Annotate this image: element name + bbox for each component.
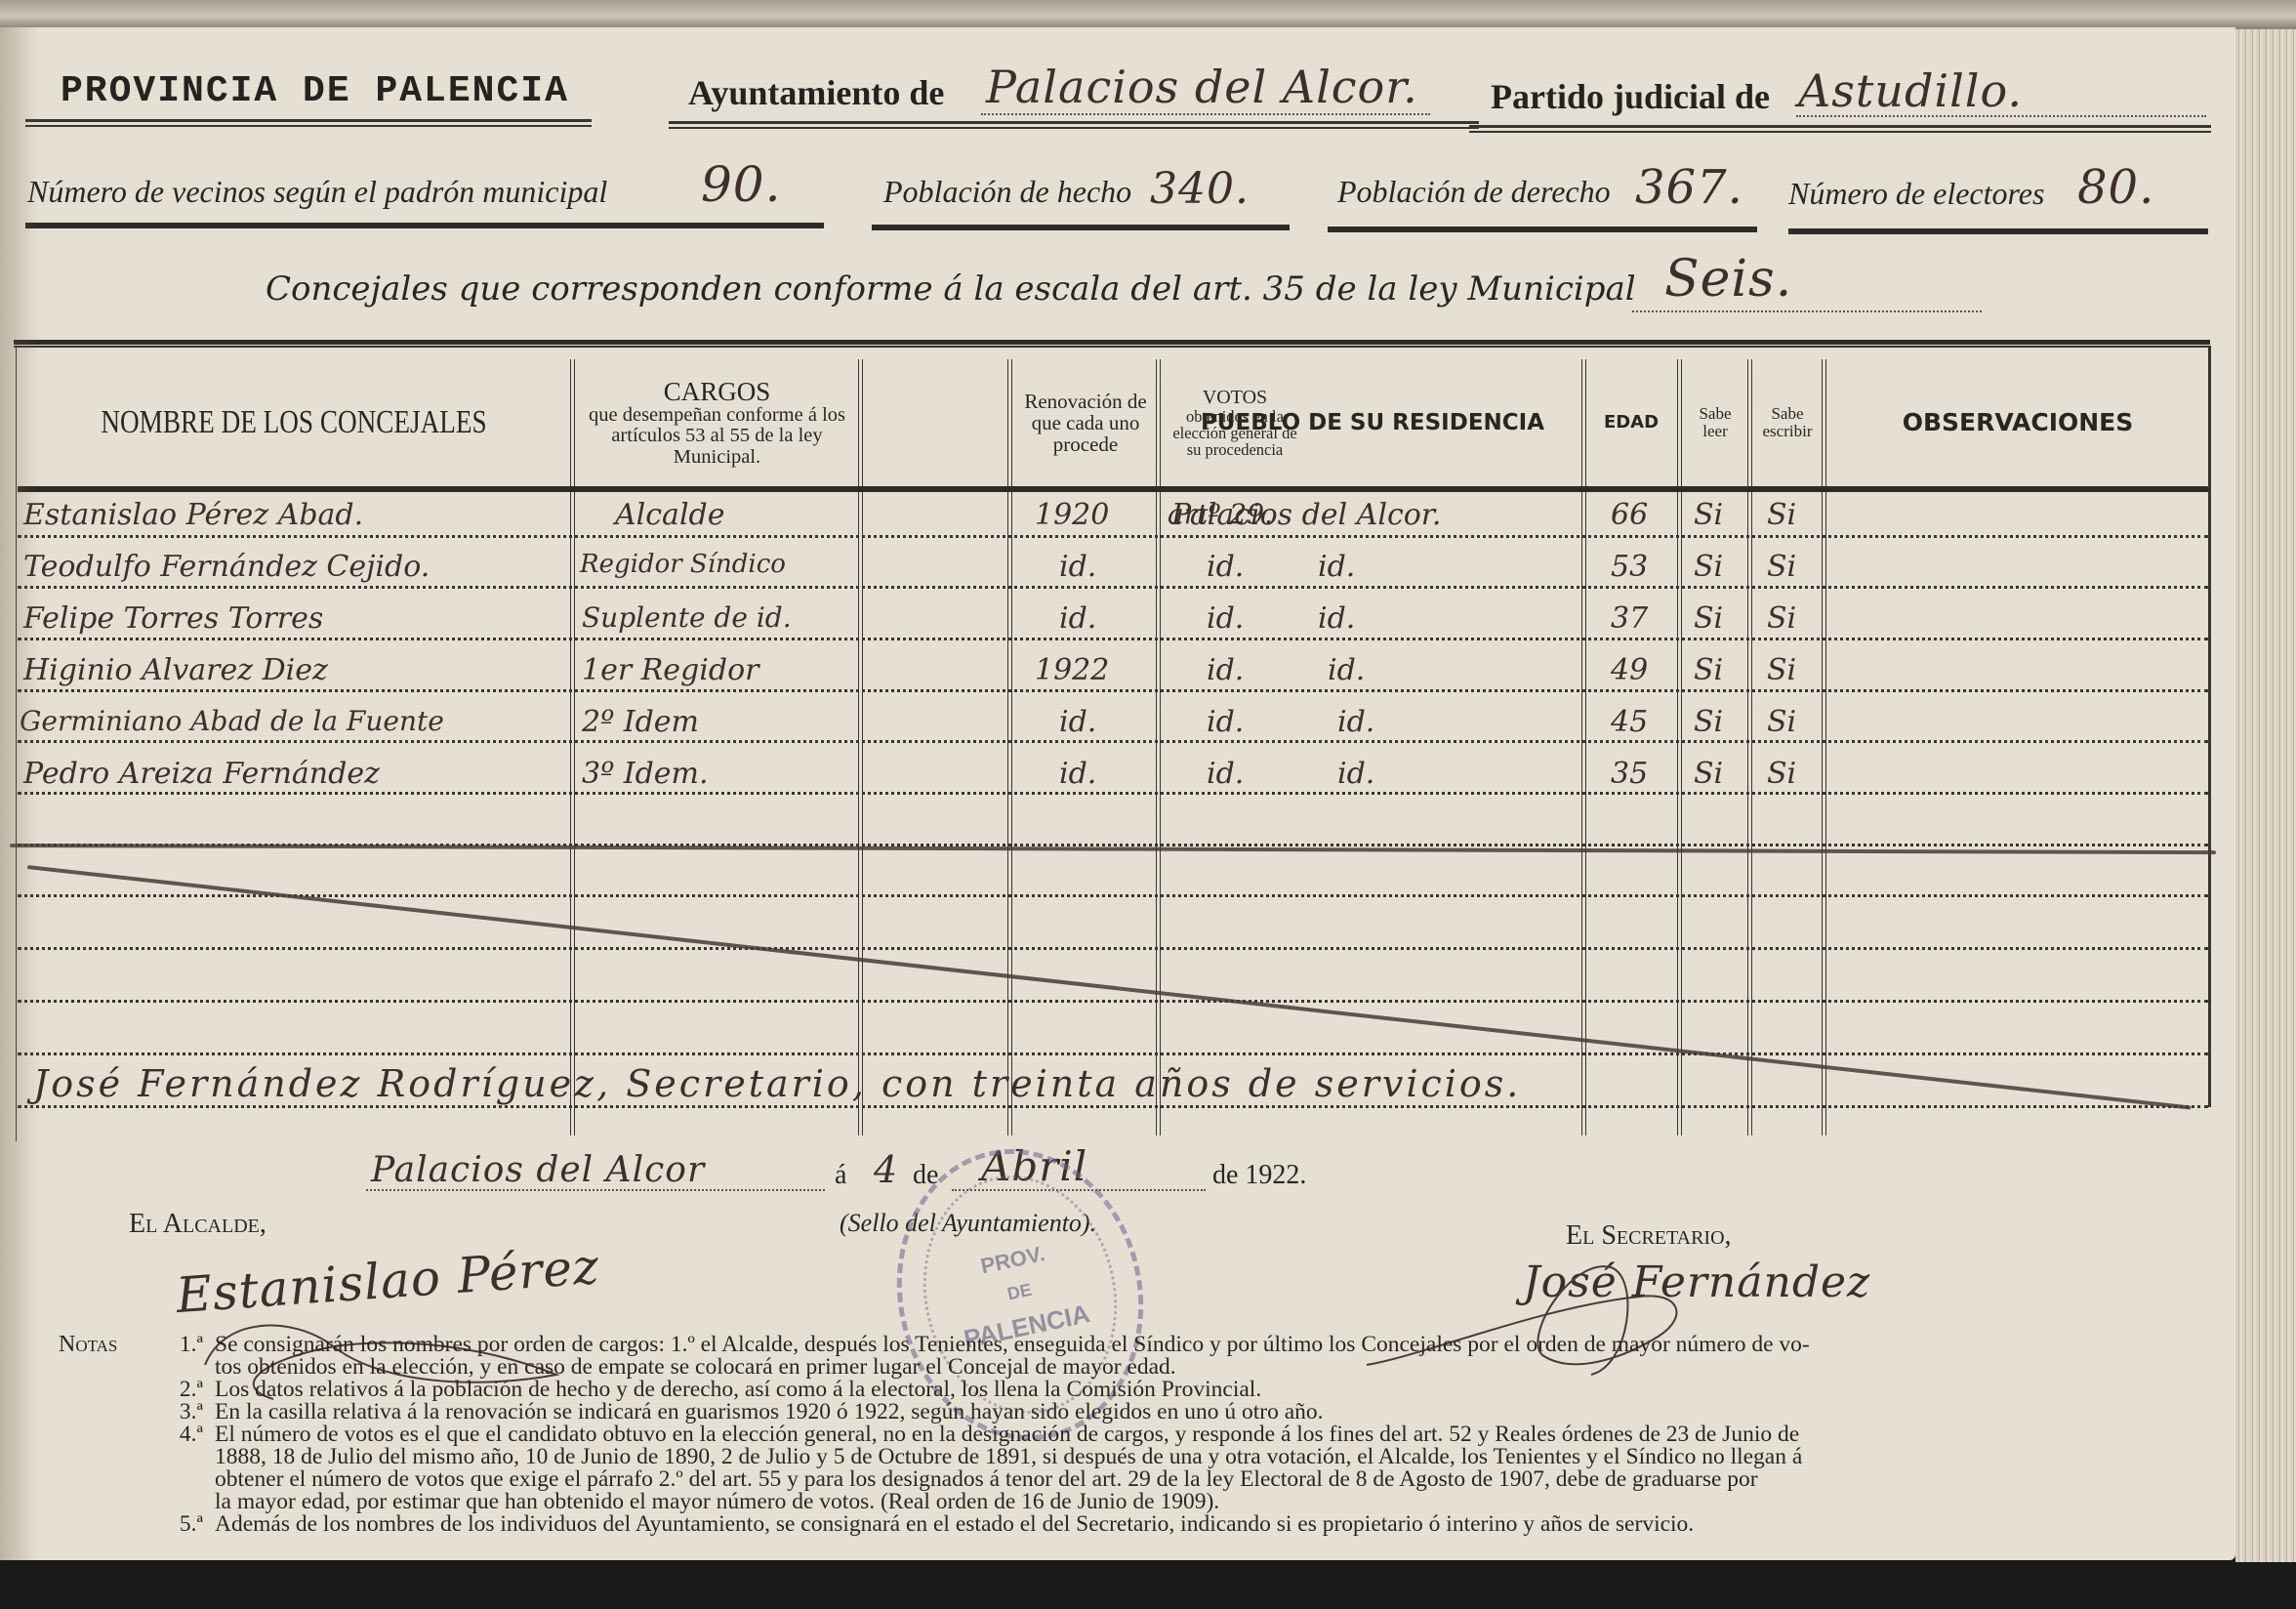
- header-cargos-title: CARGOS: [664, 378, 771, 405]
- hecho-value: 340.: [1150, 164, 1250, 214]
- electores-value: 80.: [2077, 160, 2154, 215]
- cell-renovacion: id.: [1059, 601, 1096, 636]
- hecho-label: Población de hecho: [883, 174, 1131, 210]
- note-item: 3.ª En la casilla relativa á la renovaci…: [59, 1401, 2226, 1423]
- col-divider: [1007, 359, 1012, 1135]
- note-text: Se consignarán los nombres por orden de …: [215, 1334, 2226, 1356]
- header-sabe-escribir: Sabe escribir: [1753, 369, 1822, 476]
- cell-escribir: Si: [1767, 550, 1796, 584]
- ayuntamiento-value: Palacios del Alcor.: [986, 61, 1418, 113]
- header-pueblo: PUEBLO DE SU RESIDENCIA: [1164, 369, 1581, 476]
- cell-nombre: Felipe Torres Torres: [23, 601, 323, 636]
- derecho-label: Población de derecho: [1337, 174, 1611, 210]
- book-page-stack: [2235, 29, 2296, 1562]
- province-title: PROVINCIA DE PALENCIA: [61, 70, 569, 112]
- rule: [25, 119, 592, 127]
- cell-nombre: Higinio Alvarez Diez: [23, 653, 328, 687]
- header-sabe-leer: Sabe leer: [1683, 369, 1747, 476]
- header-nombre: NOMBRE DE LOS CONCEJALES: [73, 369, 515, 476]
- binding-shadow: [0, 27, 39, 1560]
- note-number: 3.ª: [156, 1401, 215, 1423]
- table-top-rule: [14, 340, 2210, 345]
- rule: [25, 223, 824, 228]
- cell-leer: Si: [1694, 550, 1723, 584]
- col-divider: [1747, 359, 1752, 1135]
- row-line: [18, 947, 2208, 950]
- cell-pueblo: id.: [1337, 757, 1374, 791]
- secretary-line: José Fernández Rodríguez, Secretario, co…: [33, 1062, 1521, 1105]
- col-divider: [1677, 359, 1682, 1135]
- cell-edad: 53: [1611, 550, 1648, 584]
- partido-label: Partido judicial de: [1491, 76, 1770, 117]
- cell-edad: 45: [1611, 705, 1648, 739]
- cell-cargo: 3º Idem.: [582, 757, 709, 791]
- row-line: [18, 792, 2208, 795]
- cell-renovacion: 1922: [1035, 653, 1109, 687]
- notes-label-spacer: [59, 1423, 156, 1446]
- document-page: PROVINCIA DE PALENCIA Ayuntamiento de Pa…: [0, 27, 2235, 1560]
- note-item: 2.ª Los datos relativos á la población d…: [59, 1379, 2226, 1401]
- cell-cargo: Regidor Síndico: [580, 550, 786, 579]
- cell-votos: id.: [1207, 757, 1244, 791]
- col-divider: [1156, 359, 1161, 1135]
- vecinos-value: 90.: [701, 156, 782, 213]
- row-line: [18, 894, 2208, 897]
- cell-edad: 37: [1611, 601, 1648, 636]
- cell-leer: Si: [1694, 757, 1723, 791]
- header-edad: EDAD: [1585, 369, 1677, 476]
- row-line: [18, 1052, 2208, 1055]
- table-border-right: [2208, 346, 2211, 1107]
- note-text: obtener el número de votos que exige el …: [59, 1468, 2226, 1491]
- note-text: 1888, 18 de Julio del mismo año, 10 de J…: [59, 1446, 2226, 1468]
- notes-label-spacer: [59, 1379, 156, 1401]
- row-line: [18, 1105, 2208, 1108]
- header-bottom-rule: [18, 486, 2208, 492]
- cell-edad: 66: [1611, 498, 1648, 532]
- derecho-value: 367.: [1635, 160, 1743, 215]
- cell-votos: id.: [1207, 705, 1244, 739]
- cell-edad: 35: [1611, 757, 1648, 791]
- cell-escribir: Si: [1767, 705, 1796, 739]
- header-cargos: CARGOS que desempeñan conforme á los art…: [576, 369, 858, 476]
- cell-pueblo: id.: [1318, 601, 1355, 636]
- cell-renovacion: id.: [1059, 550, 1096, 584]
- col-divider: [570, 359, 575, 1135]
- rule: [1788, 228, 2208, 234]
- rule: [1469, 125, 2211, 133]
- date-year: de 1922.: [1212, 1160, 1306, 1191]
- cell-cargo: 1er Regidor: [582, 653, 758, 687]
- rule: [872, 225, 1290, 230]
- fill-line: [1796, 115, 2206, 117]
- row-line: [18, 535, 2208, 538]
- note-item: Notas 1.ª Se consignarán los nombres por…: [59, 1334, 2226, 1356]
- cell-pueblo: id.: [1328, 653, 1365, 687]
- alcalde-label: El Alcalde,: [129, 1209, 266, 1240]
- cell-pueblo: Palacios del Alcor.: [1171, 498, 1441, 532]
- cell-votos: id.: [1207, 653, 1244, 687]
- cell-nombre: Estanislao Pérez Abad.: [23, 498, 363, 532]
- date-day: 4: [874, 1148, 898, 1191]
- cell-escribir: Si: [1767, 757, 1796, 791]
- col-divider: [858, 359, 863, 1135]
- notes-label-spacer: [59, 1513, 156, 1536]
- header-renovacion: Renovación de que cada uno procede: [1015, 369, 1156, 476]
- cell-leer: Si: [1694, 653, 1723, 687]
- rule: [1328, 227, 1757, 232]
- notes-label-spacer: [59, 1401, 156, 1423]
- fill-line: [1632, 310, 1982, 312]
- row-line: [18, 638, 2208, 640]
- row-line: [18, 586, 2208, 589]
- cell-leer: Si: [1694, 498, 1723, 532]
- notes-label: Notas: [59, 1334, 156, 1356]
- date-a-label: á: [835, 1160, 846, 1191]
- note-text: Además de los nombres de los individuos …: [215, 1513, 2226, 1536]
- fill-line: [366, 1189, 825, 1191]
- cell-votos: id.: [1207, 550, 1244, 584]
- cell-pueblo: id.: [1318, 550, 1355, 584]
- cell-votos: id.: [1207, 601, 1244, 636]
- header-observaciones: OBSERVACIONES: [1827, 369, 2208, 476]
- concejales-value: Seis.: [1664, 250, 1792, 309]
- electores-label: Número de electores: [1788, 176, 2044, 212]
- partido-value: Astudillo.: [1798, 64, 2023, 117]
- note-number: 5.ª: [156, 1513, 215, 1536]
- cell-leer: Si: [1694, 601, 1723, 636]
- note-item: 5.ª Además de los nombres de los individ…: [59, 1513, 2226, 1536]
- note-number: 4.ª: [156, 1423, 215, 1446]
- row-line: [18, 689, 2208, 692]
- notes-section: Notas 1.ª Se consignarán los nombres por…: [59, 1334, 2226, 1536]
- cell-escribir: Si: [1767, 653, 1796, 687]
- cell-cargo: Suplente de id.: [582, 601, 792, 634]
- table-top-rule-thin: [14, 346, 2210, 348]
- cell-nombre: Teodulfo Fernández Cejido.: [23, 550, 430, 584]
- cell-nombre: Pedro Areiza Fernández: [23, 757, 380, 791]
- cell-edad: 49: [1611, 653, 1648, 687]
- row-line: [18, 1000, 2208, 1003]
- date-place: Palacios del Alcor: [371, 1150, 705, 1190]
- cell-escribir: Si: [1767, 498, 1796, 532]
- cell-escribir: Si: [1767, 601, 1796, 636]
- cell-nombre: Germiniano Abad de la Fuente: [20, 705, 444, 737]
- note-text: En la casilla relativa á la renovación s…: [215, 1401, 2226, 1423]
- col-divider: [1822, 359, 1826, 1135]
- note-text: Los datos relativos á la población de he…: [215, 1379, 2226, 1401]
- row-line: [18, 740, 2208, 743]
- note-number: 1.ª: [156, 1334, 215, 1356]
- note-number: 2.ª: [156, 1379, 215, 1401]
- cell-cargo: 2º Idem: [582, 705, 699, 739]
- vecinos-label: Número de vecinos según el padrón munici…: [27, 174, 607, 210]
- note-text: la mayor edad, por estimar que han obten…: [59, 1491, 2226, 1513]
- note-item: 4.ª El número de votos es el que el cand…: [59, 1423, 2226, 1446]
- cell-pueblo: id.: [1337, 705, 1374, 739]
- cell-cargo: Alcalde: [615, 498, 725, 532]
- cell-renovacion: id.: [1059, 757, 1096, 791]
- concejales-label: Concejales que corresponden conforme á l…: [266, 269, 1636, 309]
- rule: [669, 121, 1479, 129]
- cell-renovacion: 1920: [1035, 498, 1109, 532]
- cell-renovacion: id.: [1059, 705, 1096, 739]
- note-text: El número de votos es el que el candidat…: [215, 1423, 2226, 1446]
- ayuntamiento-label: Ayuntamiento de: [688, 72, 944, 113]
- cell-leer: Si: [1694, 705, 1723, 739]
- cell-pueblo-text: Palacios del Alcor.: [1171, 498, 1441, 532]
- fill-line: [981, 113, 1430, 115]
- note-text: tos obtenidos en la elección, y en caso …: [59, 1356, 2226, 1379]
- header-cargos-sub: que desempeñan conforme á los artículos …: [576, 405, 858, 469]
